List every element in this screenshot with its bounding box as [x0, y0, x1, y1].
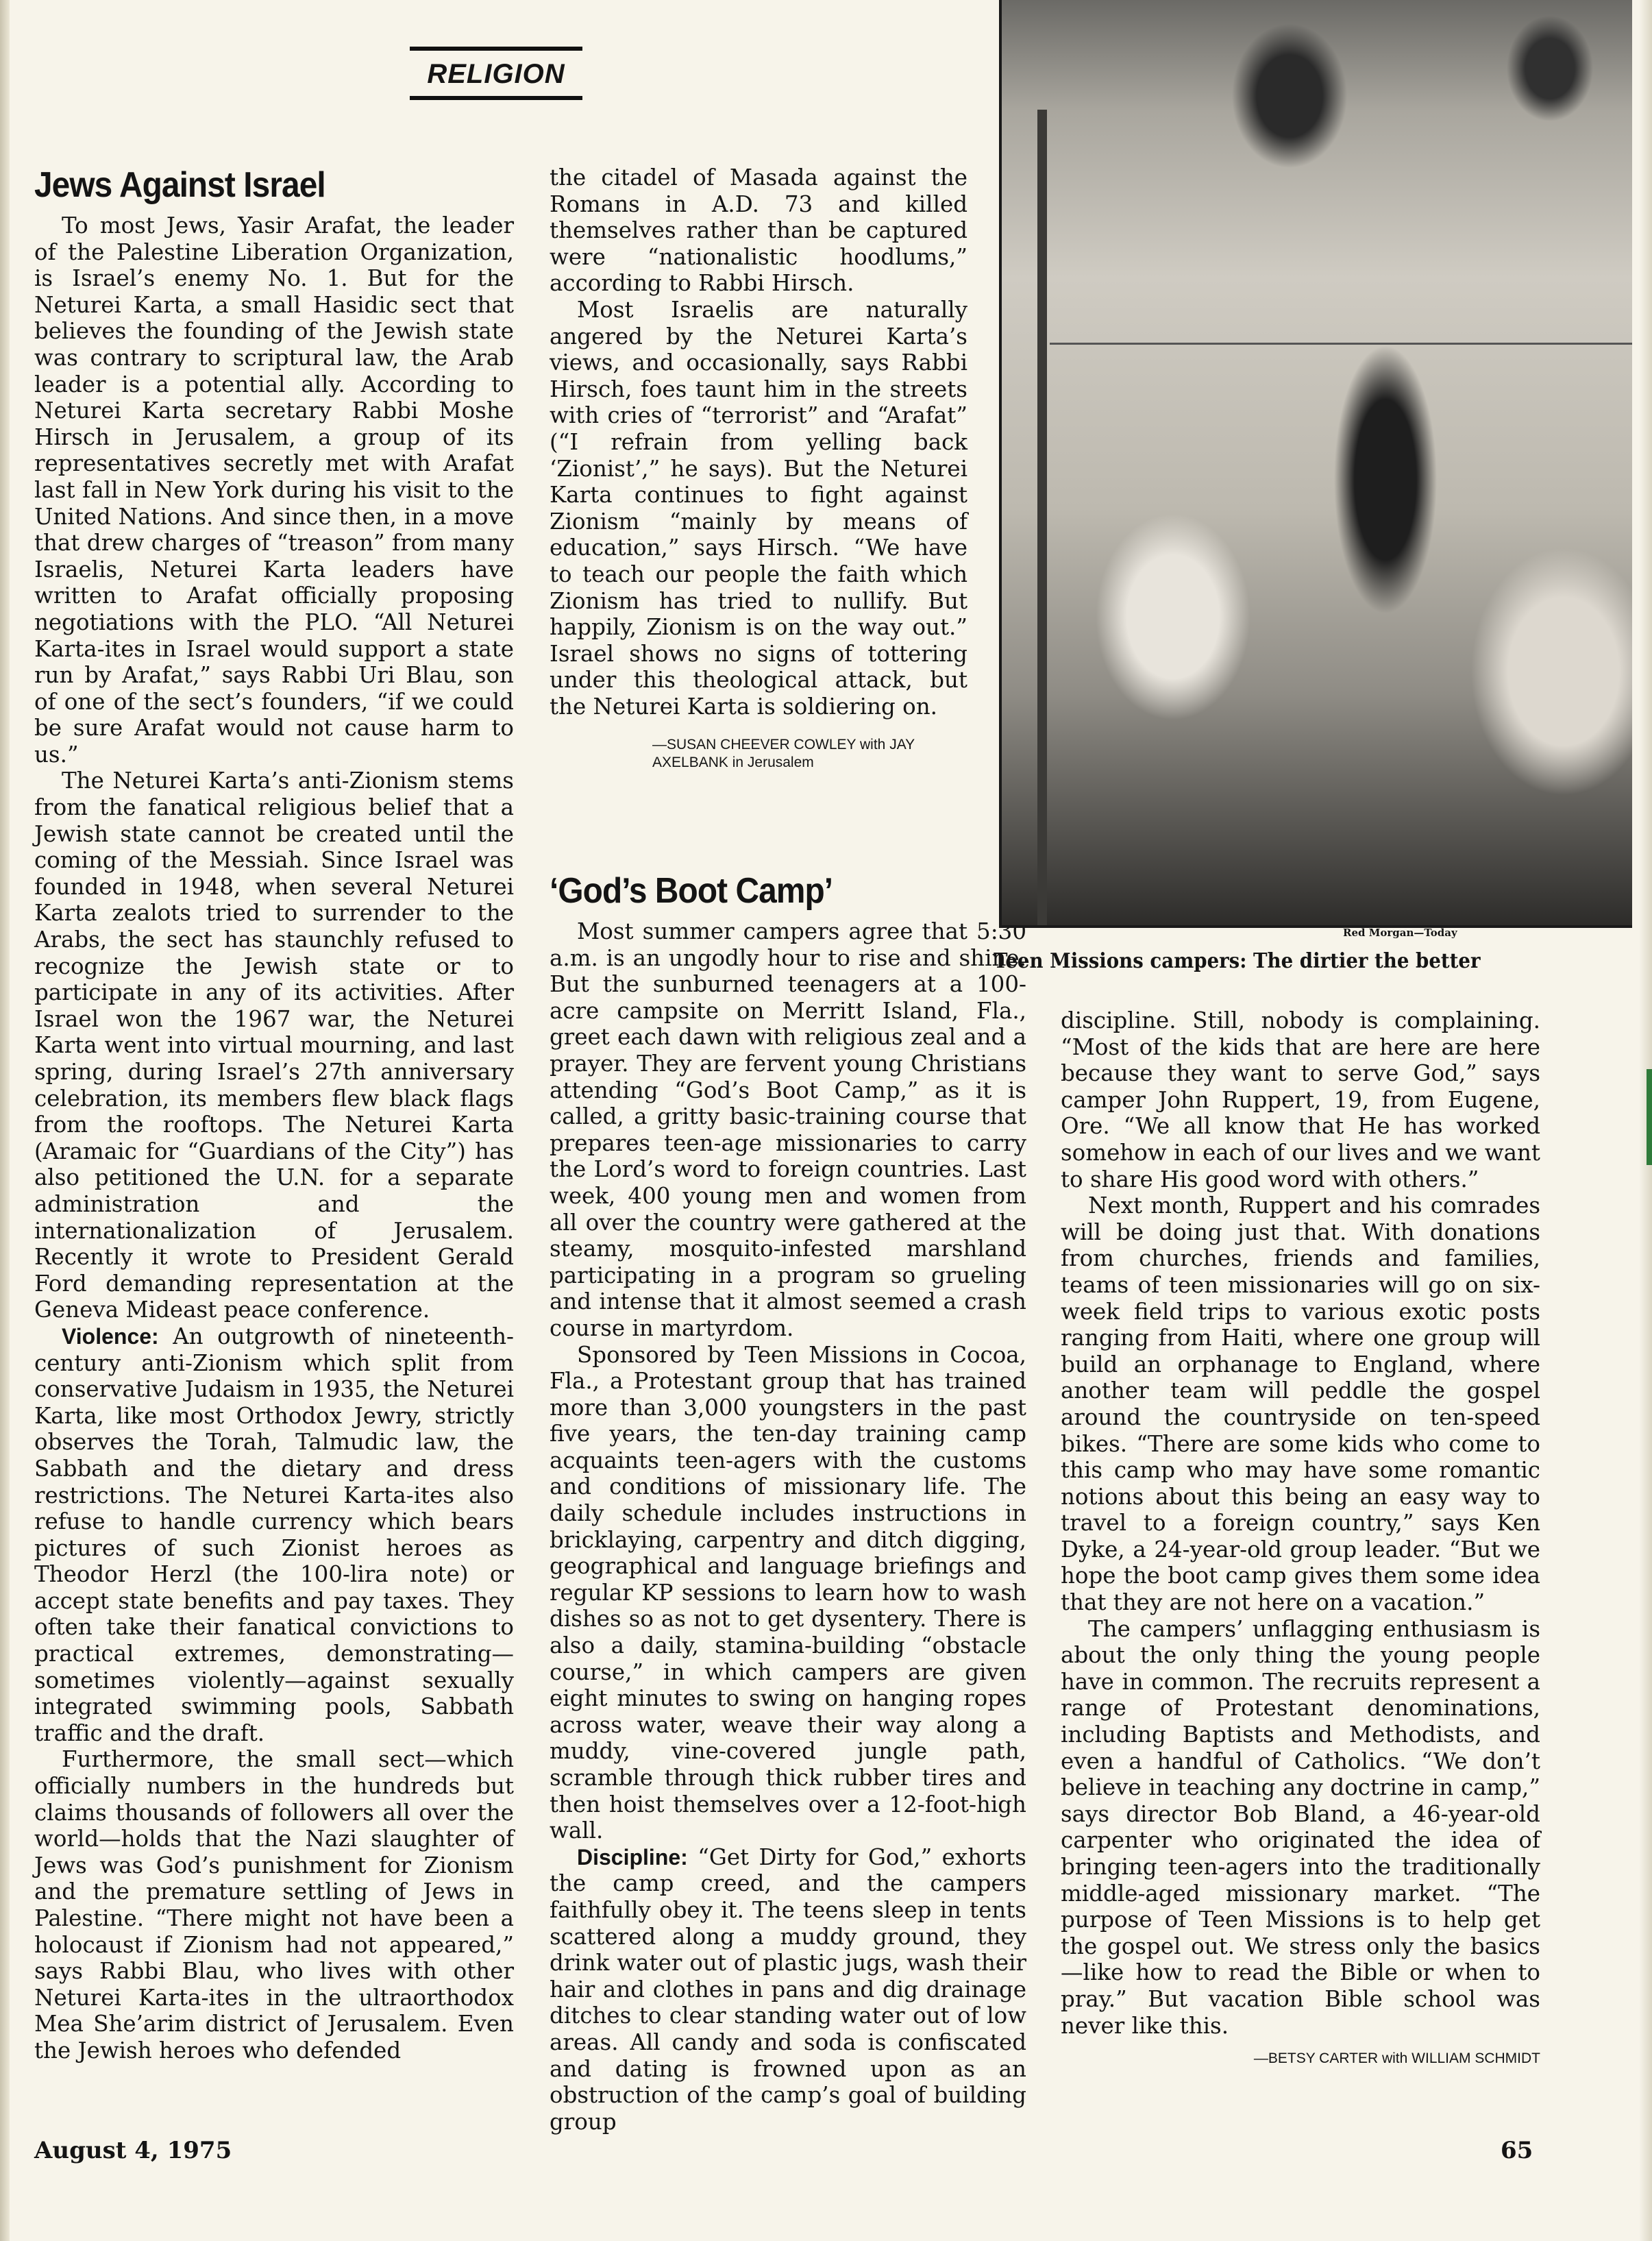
photo-wall-seam: [1050, 343, 1632, 345]
article-column-1: Jews Against Israel To most Jews, Yasir …: [34, 164, 514, 2064]
paragraph: Sponsored by Teen Missions in Cocoa, Fla…: [550, 1342, 1026, 1844]
photo-credit: Red Morgan—Today: [1343, 927, 1457, 939]
page-tab-mark: [1647, 1069, 1652, 1165]
byline: —SUSAN CHEEVER COWLEY with JAY AXELBANK …: [550, 736, 967, 772]
byline: —BETSY CARTER with WILLIAM SCHMIDT: [1061, 2050, 1540, 2068]
paragraph: The campers’ unflagging enthusiasm is ab…: [1061, 1616, 1540, 2040]
page-edge-shadow: [0, 0, 10, 2241]
article-column-2-top: the citadel of Masada against the Romans…: [550, 164, 967, 772]
paragraph-continued: discipline. Still, nobody is complaining…: [1061, 1007, 1540, 1192]
paragraph: Most Israelis are naturally angered by t…: [550, 297, 967, 720]
paragraph: Next month, Ruppert and his comrades wil…: [1061, 1192, 1540, 1616]
page-number: 65: [1501, 2137, 1533, 2164]
article-column-2-bottom: ‘God’s Boot Camp’ Most summer campers ag…: [550, 870, 1026, 2135]
photo-pole: [1037, 110, 1047, 925]
section-label: RELIGION: [410, 47, 582, 100]
paragraph-discipline: Discipline: “Get Dirty for God,” exhorts…: [550, 1844, 1026, 2135]
paragraph: To most Jews, Yasir Arafat, the leader o…: [34, 212, 514, 768]
paragraph: Furthermore, the small sect—which offici…: [34, 1746, 514, 2064]
subhead-violence: Violence:: [62, 1324, 159, 1349]
article-headline-jews-against-israel: Jews Against Israel: [34, 164, 476, 206]
paragraph-continued: the citadel of Masada against the Romans…: [550, 164, 967, 297]
photo-campers-climbing-wall: [999, 0, 1632, 928]
article-column-3: discipline. Still, nobody is complaining…: [1061, 1007, 1540, 2068]
photo-caption: Teen Missions campers: The dirtier the b…: [994, 949, 1492, 973]
paragraph: Most summer campers agree that 5:30 a.m.…: [550, 918, 1026, 1342]
paragraph-text: “Get Dirty for God,” exhorts the camp cr…: [550, 1844, 1026, 2135]
paragraph-text: An outgrowth of nineteenth-century anti-…: [34, 1323, 514, 1746]
issue-date: August 4, 1975: [34, 2137, 232, 2164]
paragraph: The Neturei Karta’s anti-Zionism stems f…: [34, 768, 514, 1323]
article-headline-gods-boot-camp: ‘God’s Boot Camp’: [550, 870, 988, 911]
subhead-discipline: Discipline:: [577, 1845, 688, 1870]
paragraph-violence: Violence: An outgrowth of nineteenth-cen…: [34, 1323, 514, 1747]
